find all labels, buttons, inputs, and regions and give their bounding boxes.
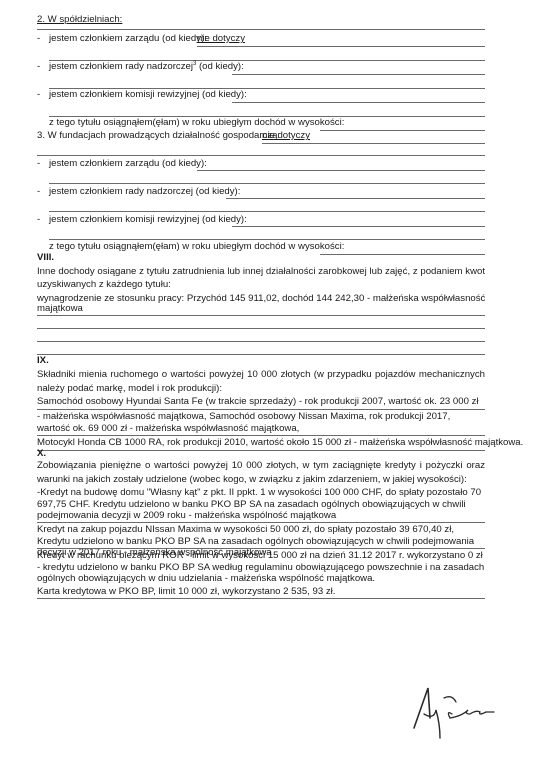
rule bbox=[49, 183, 485, 184]
section-ix-entry: Motocykl Honda CB 1000 RA, rok produkcji… bbox=[37, 437, 523, 448]
section-x-heading: X. bbox=[37, 448, 46, 459]
section-x-entry: Karta kredytowa w PKO BP, limit 10 000 z… bbox=[37, 586, 335, 597]
bullet: - bbox=[37, 61, 40, 72]
section-2-heading: 2. W spółdzielniach: bbox=[37, 14, 122, 25]
supervisory-label: jestem członkiem rady nadzorczej3 (od ki… bbox=[49, 61, 244, 72]
foundation-income-field-line bbox=[320, 254, 485, 255]
foundation-income-label: z tego tytułu osiągnąłem(ęłam) w roku ub… bbox=[49, 241, 344, 252]
foundation-supervisory-label: jestem członkiem rady nadzorczej (od kie… bbox=[49, 186, 240, 197]
section-ix-entry: Samochód osobowy Hyundai Santa Fe (w tra… bbox=[37, 396, 479, 407]
foundation-supervisory-field-line bbox=[226, 198, 485, 199]
audit-label: jestem członkiem komisji rewizyjnej (od … bbox=[49, 89, 247, 100]
rule bbox=[37, 155, 485, 156]
signature-icon bbox=[410, 680, 530, 753]
declaration-page: 2. W spółdzielniach: - jestem członkiem … bbox=[0, 0, 540, 764]
rule bbox=[37, 354, 485, 355]
rule bbox=[49, 211, 485, 212]
income-field-line bbox=[320, 130, 485, 131]
section-viii-description: Inne dochody osiągane z tytułu zatrudnie… bbox=[37, 265, 485, 291]
rule bbox=[37, 548, 485, 549]
supervisory-field-line bbox=[232, 74, 485, 75]
rule bbox=[37, 341, 485, 342]
supervisory-label-suffix: (od kiedy): bbox=[196, 61, 243, 72]
rule bbox=[262, 143, 485, 144]
bullet: - bbox=[37, 33, 40, 44]
section-x-entry: Kredyt w rachunku bieżącym ROR - limit w… bbox=[37, 550, 485, 585]
rule bbox=[37, 315, 485, 316]
bullet: - bbox=[37, 89, 40, 100]
section-ix-description: Składniki mienia ruchomego o wartości po… bbox=[37, 368, 485, 396]
rule bbox=[37, 598, 485, 599]
management-label: jestem członkiem zarządu (od kiedy): bbox=[49, 33, 207, 44]
rule bbox=[37, 328, 485, 329]
section-3-value: nie dotyczy bbox=[262, 130, 310, 141]
supervisory-label-text: jestem członkiem rady nadzorczej bbox=[49, 61, 193, 72]
rule bbox=[37, 435, 485, 436]
rule bbox=[37, 522, 485, 523]
section-viii-heading: VIII. bbox=[37, 252, 54, 263]
management-field-line bbox=[197, 46, 485, 47]
section-ix-entry: - małżeńska współwłasność majątkowa, Sam… bbox=[37, 411, 485, 434]
rule bbox=[37, 450, 485, 451]
income-label: z tego tytułu osiągnąłem(ęłam) w roku ub… bbox=[49, 117, 344, 128]
section-ix-heading: IX. bbox=[37, 355, 49, 366]
rule bbox=[37, 409, 485, 410]
management-value: nie dotyczy bbox=[197, 33, 245, 44]
foundation-management-label: jestem członkiem zarządu (od kiedy): bbox=[49, 158, 207, 169]
rule bbox=[49, 239, 485, 240]
foundation-management-field-line bbox=[197, 170, 485, 171]
foundation-audit-label: jestem członkiem komisji rewizyjnej (od … bbox=[49, 214, 247, 225]
bullet: - bbox=[37, 158, 40, 169]
section-3-heading: 3. W fundacjach prowadzących działalność… bbox=[37, 130, 280, 141]
section-x-description: Zobowiązania pieniężne o wartości powyże… bbox=[37, 459, 485, 487]
section-viii-entry-line1: wynagrodzenie ze stosunku pracy: Przychó… bbox=[37, 293, 485, 304]
bullet: - bbox=[37, 186, 40, 197]
foundation-audit-field-line bbox=[232, 226, 485, 227]
section-viii-entry-line2: majątkowa bbox=[37, 303, 83, 314]
audit-field-line bbox=[232, 102, 485, 103]
section-x-entry: -Kredyt na budowę domu "Własny kąt" z pk… bbox=[37, 487, 485, 522]
bullet: - bbox=[37, 214, 40, 225]
rule bbox=[37, 29, 485, 30]
